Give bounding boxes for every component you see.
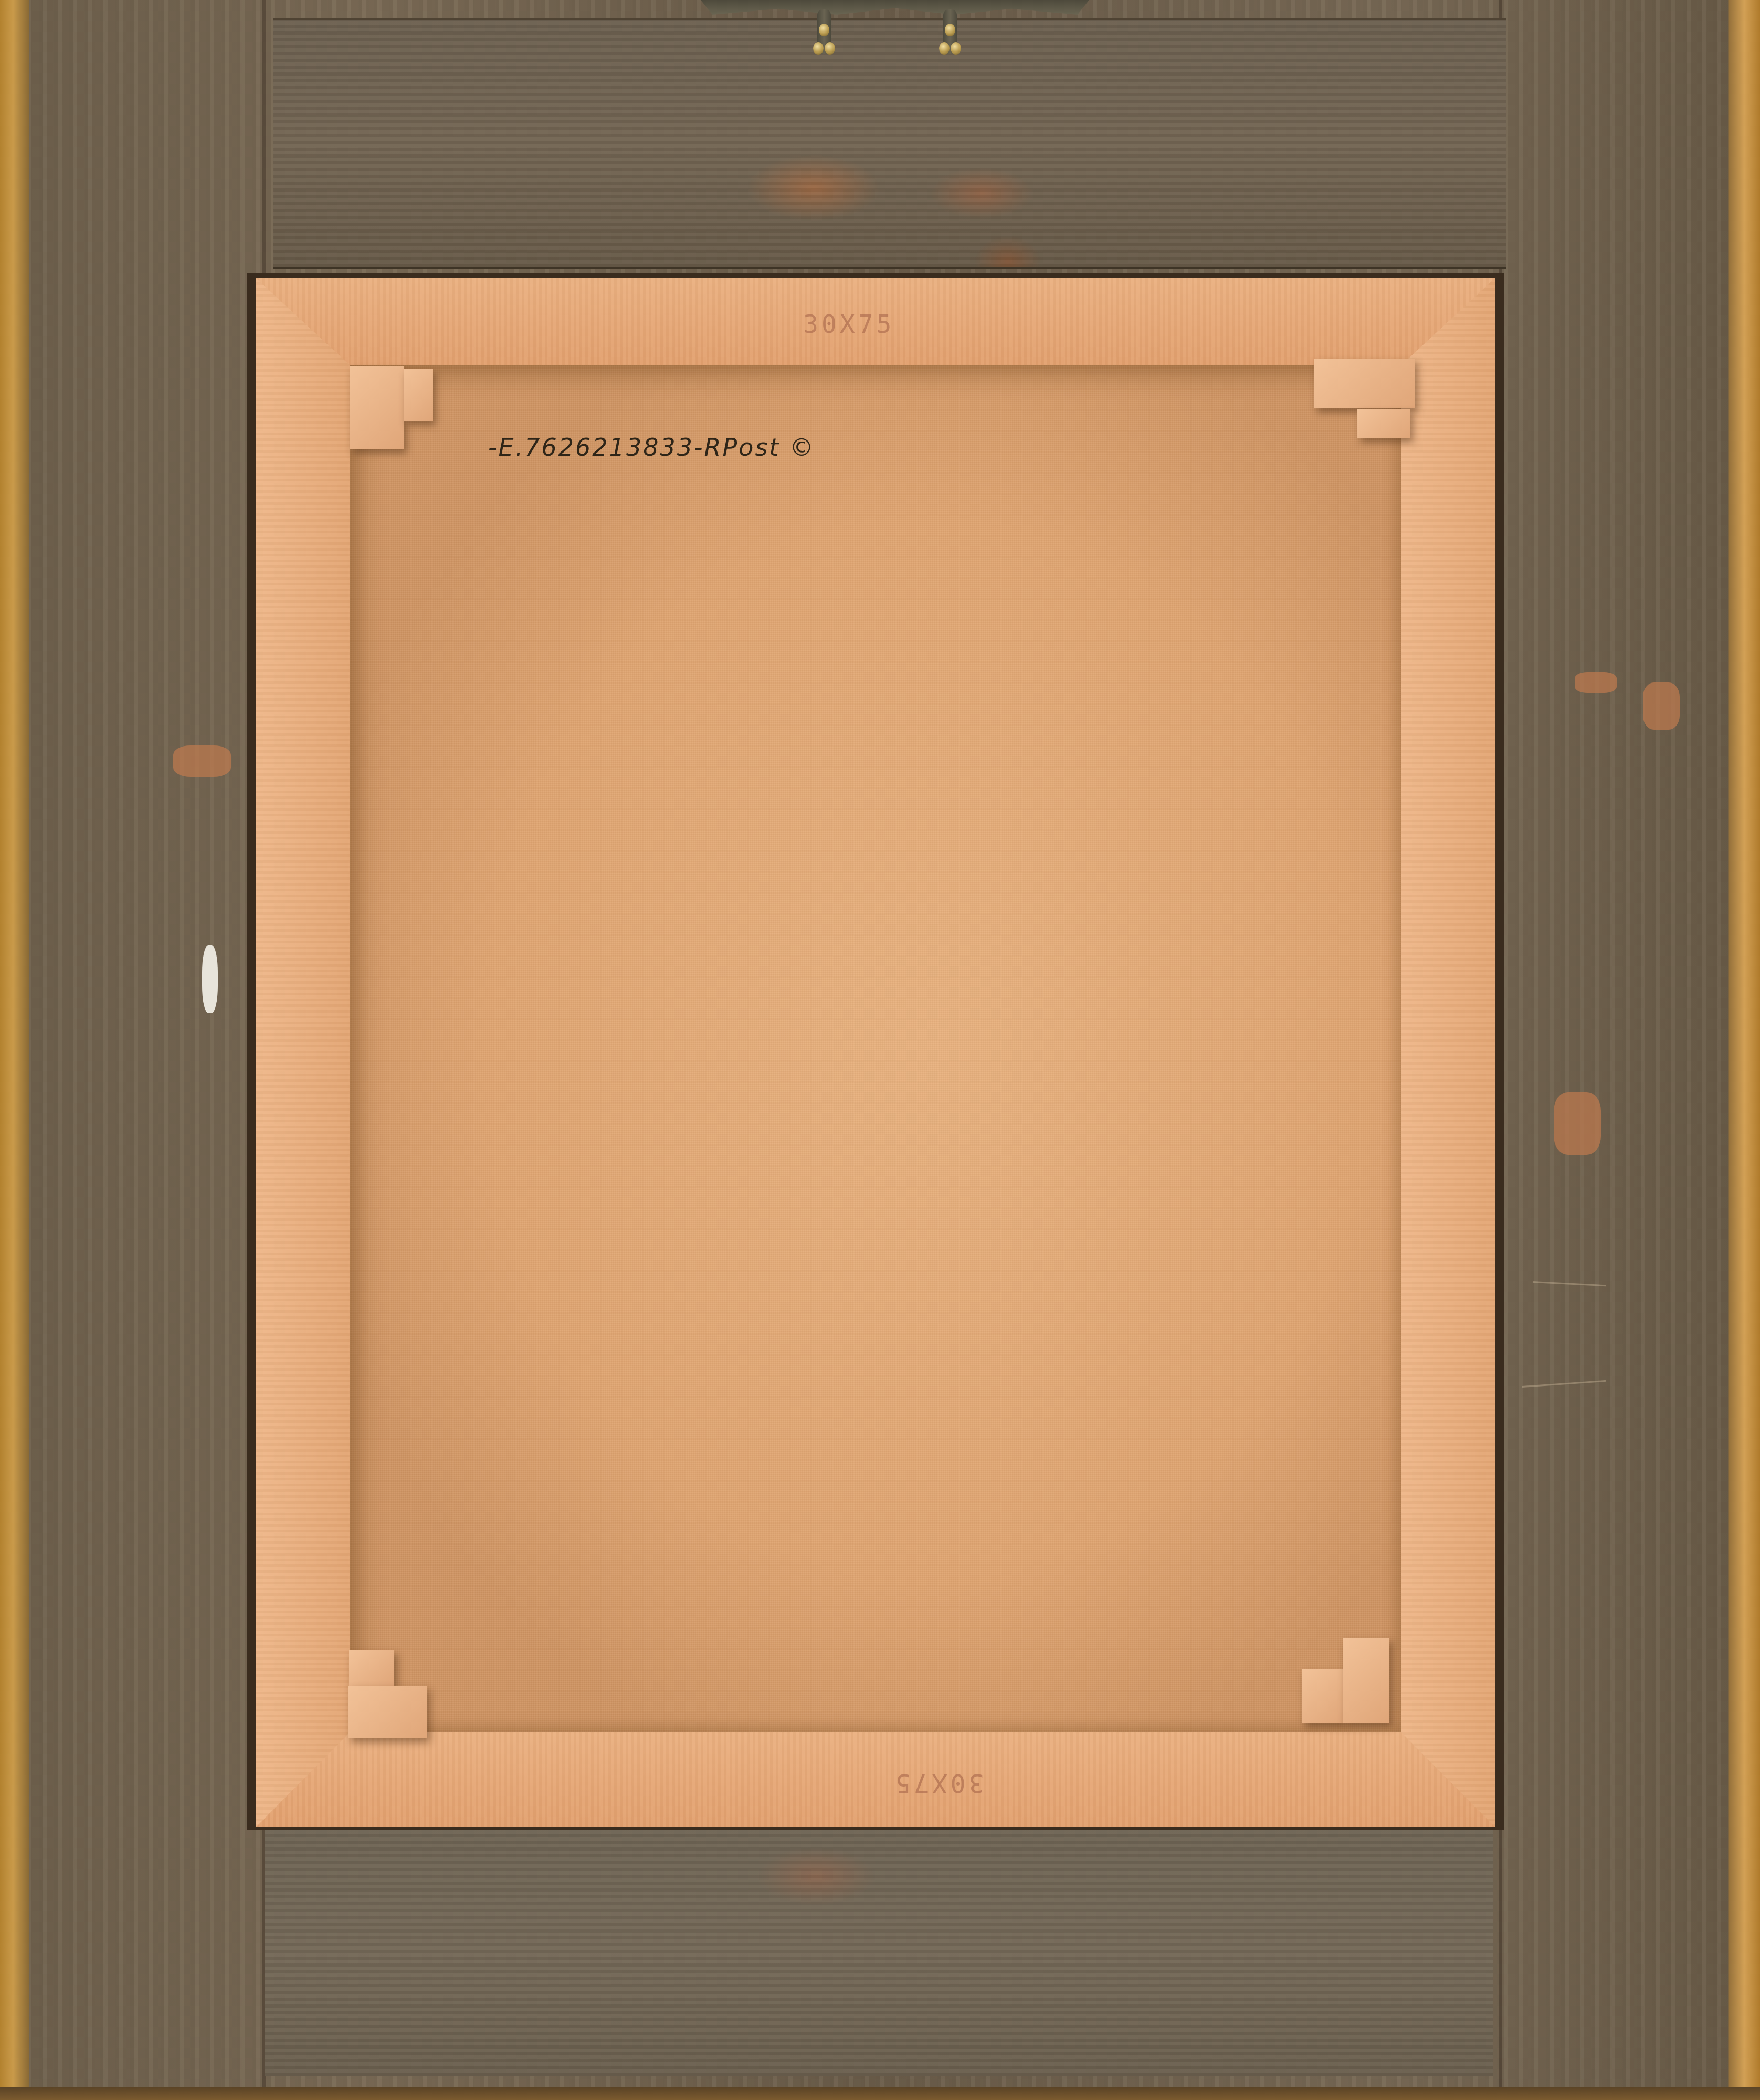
rivet-icon xyxy=(825,42,835,55)
corner-key xyxy=(349,1650,394,1686)
corner-key xyxy=(1343,1638,1389,1723)
rivet-icon xyxy=(939,42,950,55)
frame-bottom-edge xyxy=(0,2087,1760,2100)
canvas-back xyxy=(350,365,1401,1732)
corner-key xyxy=(348,1686,427,1738)
corner-key xyxy=(1357,409,1410,438)
corner-key xyxy=(350,366,404,449)
paint-chip xyxy=(173,745,231,777)
paint-chip xyxy=(1554,1092,1601,1155)
frame-bottom-board xyxy=(265,1827,1493,2076)
corner-key xyxy=(1302,1669,1343,1723)
rivet-icon xyxy=(819,24,829,36)
size-stamp-top: 30X75 xyxy=(803,310,895,339)
inventory-inscription: -E.7626213833-RPost © xyxy=(488,433,815,461)
stretcher-bar-bottom xyxy=(256,1732,1495,1827)
stretcher-bar-right xyxy=(1401,278,1495,1827)
size-stamp-bottom: 30X75 xyxy=(892,1768,984,1798)
corner-key xyxy=(1314,359,1415,408)
paint-mark xyxy=(202,945,218,1013)
paint-chip xyxy=(1643,682,1680,730)
rivet-icon xyxy=(945,24,955,36)
corner-key xyxy=(404,369,433,421)
rivet-icon xyxy=(951,42,961,55)
frame-top-board xyxy=(273,18,1506,269)
rivet-icon xyxy=(813,42,824,55)
paint-chip xyxy=(1575,672,1617,693)
stretcher-bar-left xyxy=(256,278,350,1827)
